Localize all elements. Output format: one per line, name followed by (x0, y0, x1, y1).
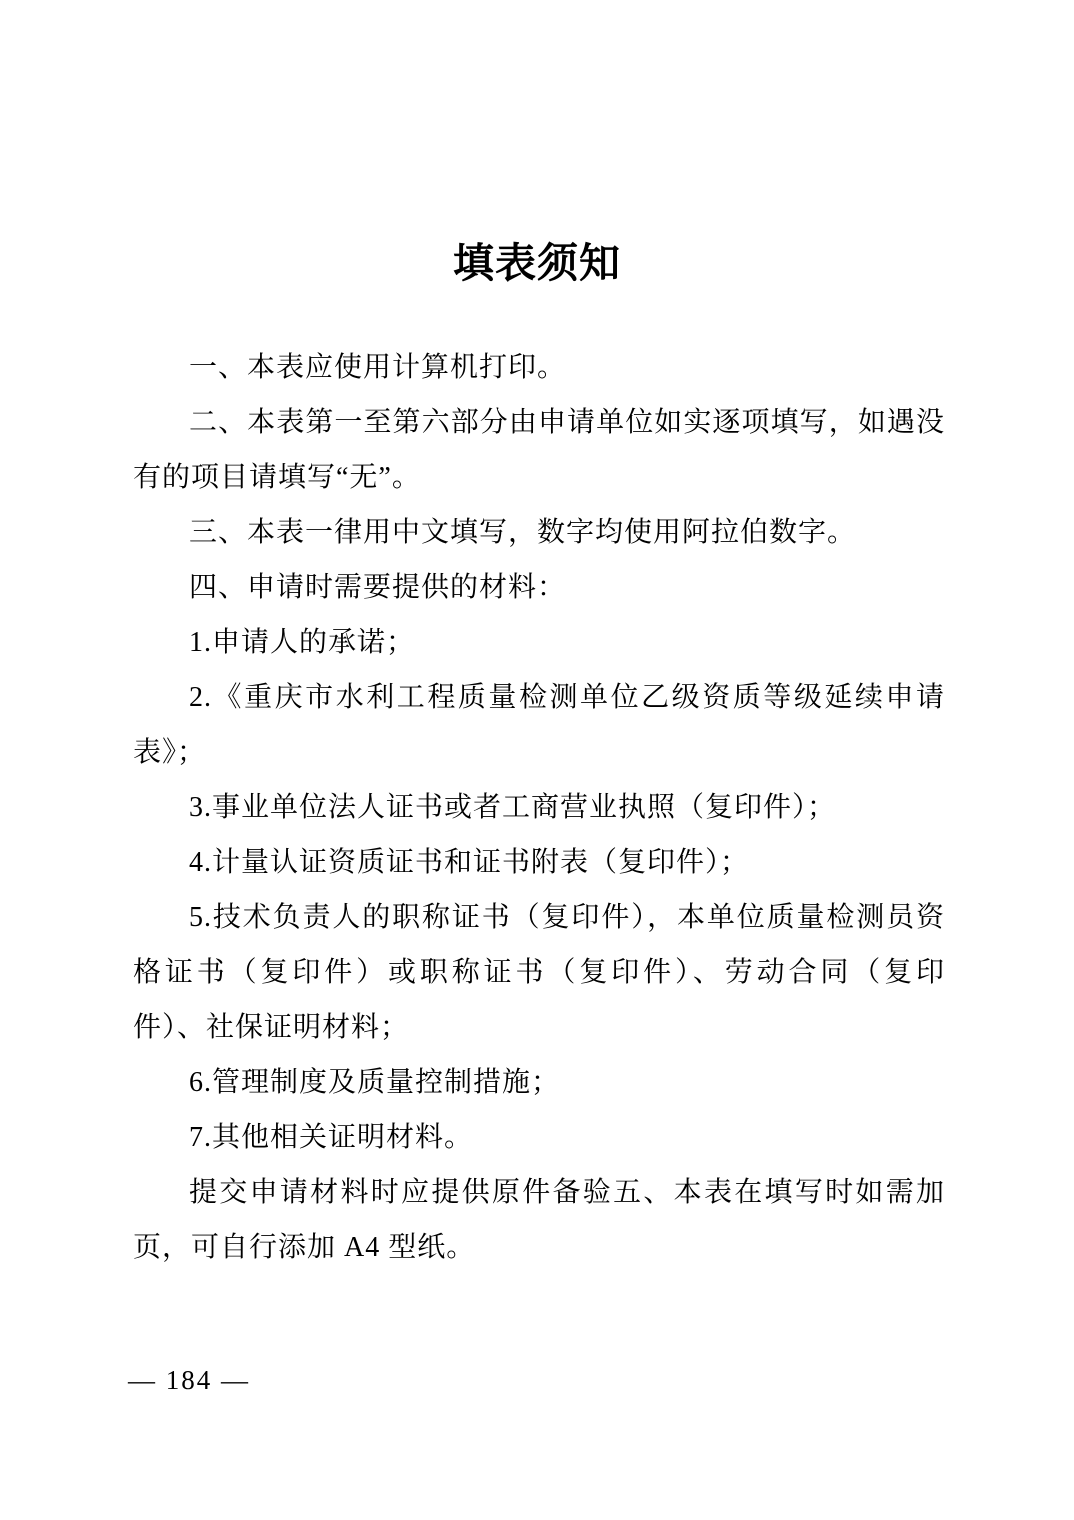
paragraph-5: 1.申请人的承诺； (133, 615, 945, 670)
paragraph-1: 一、本表应使用计算机打印。 (133, 340, 945, 395)
paragraph-2: 二、本表第一至第六部分由申请单位如实逐项填写，如遇没有的项目请填写“无”。 (133, 395, 945, 505)
document-body: 一、本表应使用计算机打印。 二、本表第一至第六部分由申请单位如实逐项填写，如遇没… (133, 340, 945, 1275)
paragraph-12: 提交申请材料时应提供原件备验五、本表在填写时如需加页，可自行添加 A4 型纸。 (133, 1165, 945, 1275)
paragraph-3: 三、本表一律用中文填写，数字均使用阿拉伯数字。 (133, 505, 945, 560)
paragraph-11: 7.其他相关证明材料。 (133, 1110, 945, 1165)
document-page: 填表须知 一、本表应使用计算机打印。 二、本表第一至第六部分由申请单位如实逐项填… (0, 0, 1074, 1520)
page-number: — 184 — (128, 1365, 250, 1395)
paragraph-8: 4.计量认证资质证书和证书附表（复印件）； (133, 835, 945, 890)
paragraph-4: 四、申请时需要提供的材料： (133, 560, 945, 615)
paragraph-6: 2.《重庆市水利工程质量检测单位乙级资质等级延续申请表》； (133, 670, 945, 780)
page-title: 填表须知 (0, 240, 1074, 286)
paragraph-10: 6.管理制度及质量控制措施； (133, 1055, 945, 1110)
paragraph-7: 3.事业单位法人证书或者工商营业执照（复印件）； (133, 780, 945, 835)
paragraph-9: 5.技术负责人的职称证书（复印件），本单位质量检测员资格证书（复印件）或职称证书… (133, 890, 945, 1055)
